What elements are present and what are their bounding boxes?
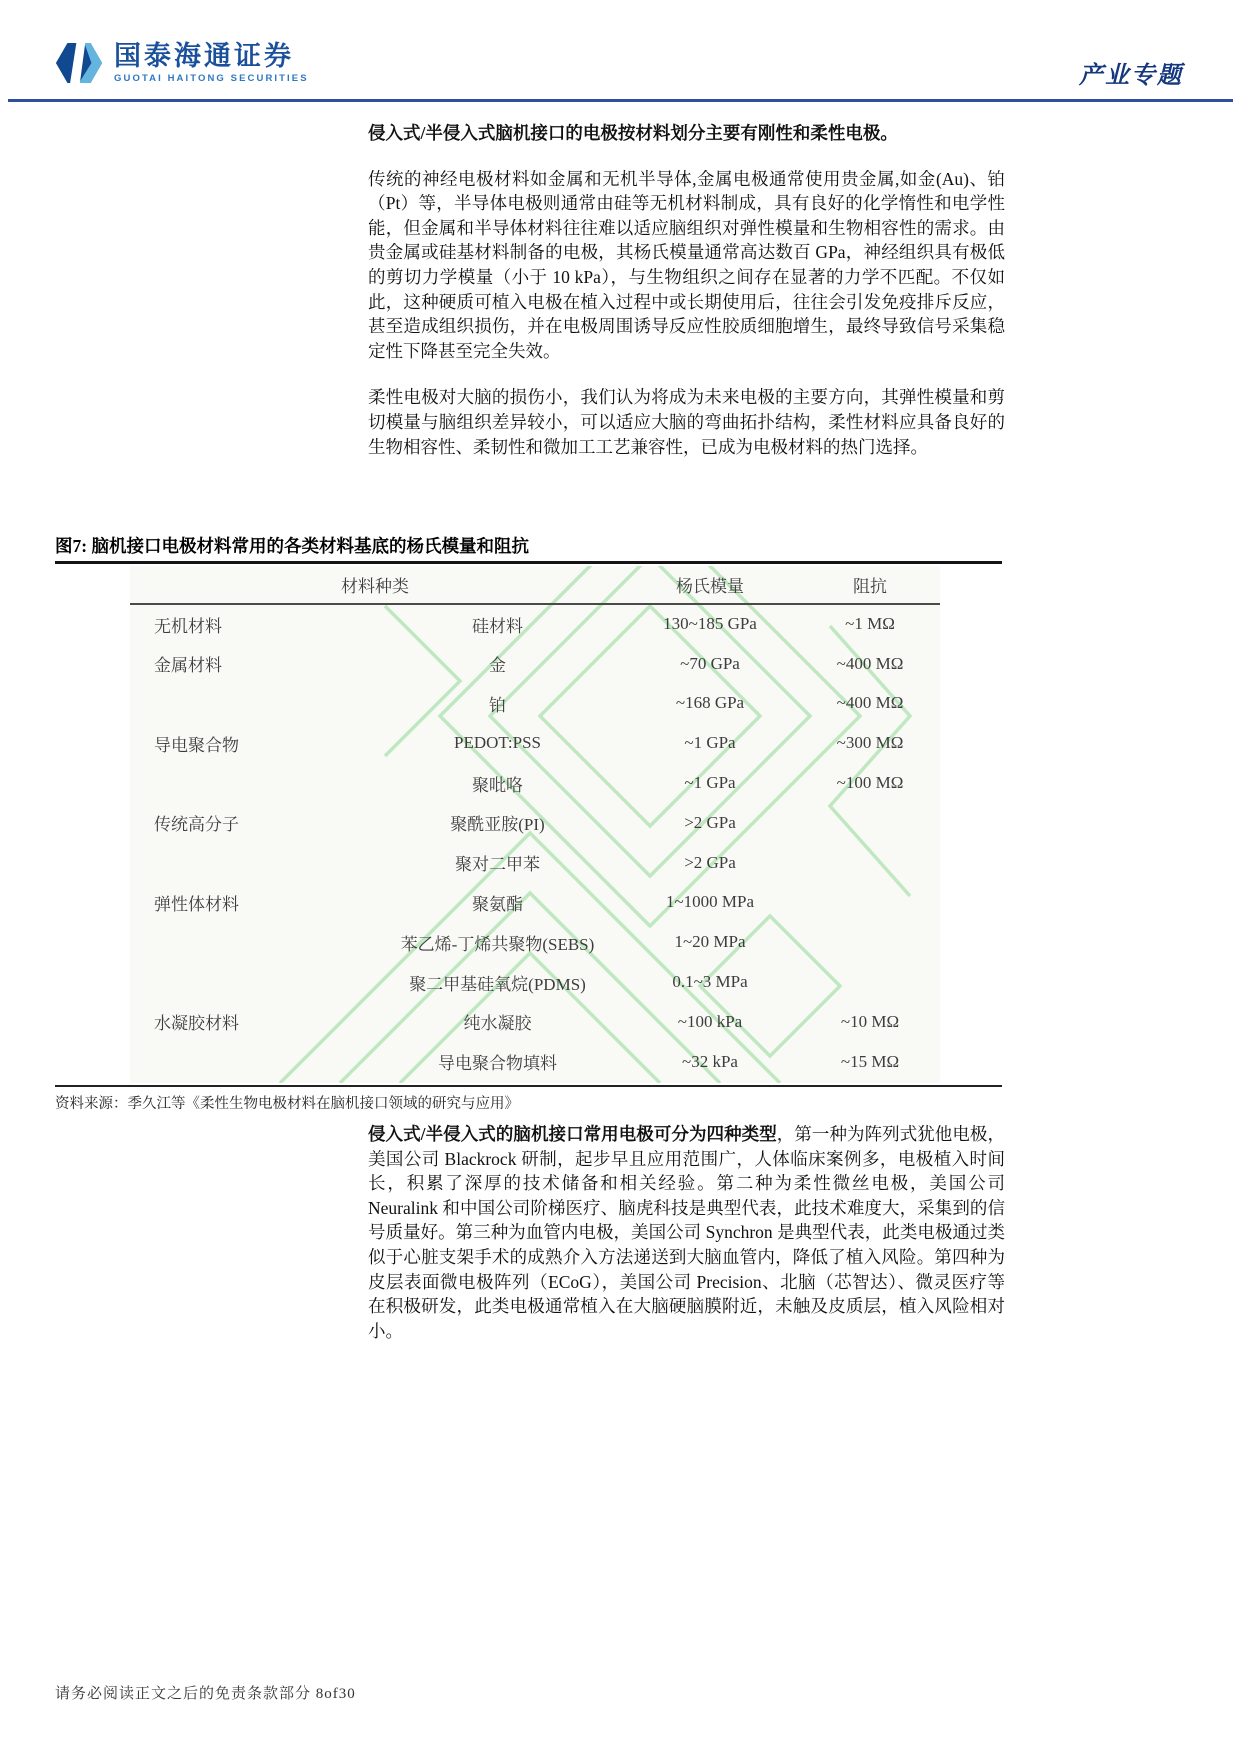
bold-heading: 侵入式/半侵入式脑机接口的电极按材料划分主要有刚性和柔性电极。 [368,121,1005,146]
table-cell: 导电聚合物填料 [375,1042,620,1082]
table-cell [800,962,940,1002]
table-cell: ~70 GPa [620,644,800,684]
body-text-column-2: 侵入式/半侵入式的脑机接口常用电极可分为四种类型，第一种为阵列式犹他电极，美国公… [368,1122,1005,1343]
table-cell: 聚氨酯 [375,883,620,923]
table-header-row: 材料种类 杨氏模量 阻抗 [130,566,940,604]
table-cell: 导电聚合物 [130,723,375,763]
brand-logo: 国泰海通证券 GUOTAI HAITONG SECURITIES [55,38,309,88]
table-cell: 聚酰亚胺(PI) [375,803,620,843]
table-cell: ~1 GPa [620,763,800,803]
table-row: 铂~168 GPa~400 MΩ [130,684,940,724]
table-cell: ~10 MΩ [800,1002,940,1042]
materials-table-body: 无机材料硅材料130~185 GPa~1 MΩ金属材料金~70 GPa~400 … [130,604,940,1082]
table-cell [130,962,375,1002]
table-cell: 聚二甲基硅氧烷(PDMS) [375,962,620,1002]
table-row: 金属材料金~70 GPa~400 MΩ [130,644,940,684]
table-cell [130,763,375,803]
paragraph-3: 侵入式/半侵入式的脑机接口常用电极可分为四种类型，第一种为阵列式犹他电极，美国公… [368,1122,1005,1343]
table-cell [800,803,940,843]
table-row: 水凝胶材料纯水凝胶~100 kPa~10 MΩ [130,1002,940,1042]
table-cell: ~1 GPa [620,723,800,763]
table-cell: 传统高分子 [130,803,375,843]
table-row: 聚对二甲苯>2 GPa [130,843,940,883]
materials-table: 材料种类 杨氏模量 阻抗 无机材料硅材料130~185 GPa~1 MΩ金属材料… [130,566,940,1082]
table-cell [130,843,375,883]
table-cell: ~400 MΩ [800,684,940,724]
table-cell: 130~185 GPa [620,604,800,644]
table-row: 传统高分子聚酰亚胺(PI)>2 GPa [130,803,940,843]
table-cell: 聚吡咯 [375,763,620,803]
table-cell: ~32 kPa [620,1042,800,1082]
paragraph-1: 传统的神经电极材料如金属和无机半导体,金属电极通常使用贵金属,如金(Au)、铂（… [368,167,1005,364]
table-cell: ~400 MΩ [800,644,940,684]
table-cell: 1~1000 MPa [620,883,800,923]
table-cell: ~15 MΩ [800,1042,940,1082]
table-row: 苯乙烯-丁烯共聚物(SEBS)1~20 MPa [130,922,940,962]
table-row: 无机材料硅材料130~185 GPa~1 MΩ [130,604,940,644]
table-cell: 弹性体材料 [130,883,375,923]
brand-name-en: GUOTAI HAITONG SECURITIES [114,74,309,84]
brand-name-cn: 国泰海通证券 [114,43,309,70]
table-cell [800,843,940,883]
table-cell: 0.1~3 MPa [620,962,800,1002]
table-cell: 硅材料 [375,604,620,644]
figure-title: 图7: 脑机接口电极材料常用的各类材料基底的杨氏模量和阻抗 [55,533,529,558]
table-cell [130,1042,375,1082]
column-header-impedance: 阻抗 [800,566,940,604]
table-cell: 聚对二甲苯 [375,843,620,883]
table-cell: PEDOT:PSS [375,723,620,763]
table-cell: ~300 MΩ [800,723,940,763]
paragraph-3-bold-lead: 侵入式/半侵入式的脑机接口常用电极可分为四种类型 [368,1124,777,1144]
table-cell [130,684,375,724]
table-cell [130,922,375,962]
footer-disclaimer: 请务必阅读正文之后的免责条款部分 [55,1686,311,1702]
report-page: 国泰海通证券 GUOTAI HAITONG SECURITIES 产业专题 侵入… [0,0,1241,1754]
table-cell: 苯乙烯-丁烯共聚物(SEBS) [375,922,620,962]
table-cell: 铂 [375,684,620,724]
table-cell: ~1 MΩ [800,604,940,644]
materials-table-header: 材料种类 杨氏模量 阻抗 [130,566,940,604]
figure-top-rule [55,561,1002,564]
report-type-label: 产业专题 [1079,55,1183,90]
brand-text: 国泰海通证券 GUOTAI HAITONG SECURITIES [114,43,309,84]
table-cell: >2 GPa [620,843,800,883]
table-cell: 无机材料 [130,604,375,644]
table-cell [800,922,940,962]
column-header-material-type: 材料种类 [130,566,620,604]
table-cell: ~100 MΩ [800,763,940,803]
table-cell [800,883,940,923]
paragraph-3-rest: ，第一种为阵列式犹他电极，美国公司 Blackrock 研制，起步早且应用范围广… [368,1124,1005,1341]
table-row: 弹性体材料聚氨酯1~1000 MPa [130,883,940,923]
table-cell: ~168 GPa [620,684,800,724]
table-cell: 水凝胶材料 [130,1002,375,1042]
table-row: 导电聚合物填料~32 kPa~15 MΩ [130,1042,940,1082]
table-cell: 纯水凝胶 [375,1002,620,1042]
figure-source: 资料来源：季久江等《柔性生物电极材料在脑机接口领域的研究与应用》 [55,1092,519,1113]
footer: 请务必阅读正文之后的免责条款部分 8of30 [55,1682,356,1703]
footer-page-number: 8of30 [316,1686,356,1702]
header-divider [8,99,1233,102]
table-cell: >2 GPa [620,803,800,843]
table-cell: 1~20 MPa [620,922,800,962]
column-header-youngs-modulus: 杨氏模量 [620,566,800,604]
table-row: 导电聚合物PEDOT:PSS~1 GPa~300 MΩ [130,723,940,763]
paragraph-2: 柔性电极对大脑的损伤小，我们认为将成为未来电极的主要方向，其弹性模量和剪切模量与… [368,385,1005,459]
table-cell: ~100 kPa [620,1002,800,1042]
figure-bottom-rule [55,1085,1002,1087]
body-text-column: 侵入式/半侵入式脑机接口的电极按材料划分主要有刚性和柔性电极。 传统的神经电极材… [368,121,1005,481]
materials-table-region: 材料种类 杨氏模量 阻抗 无机材料硅材料130~185 GPa~1 MΩ金属材料… [130,566,940,1083]
table-row: 聚二甲基硅氧烷(PDMS)0.1~3 MPa [130,962,940,1002]
table-row: 聚吡咯~1 GPa~100 MΩ [130,763,940,803]
brand-hexagon-icon [55,38,103,88]
table-cell: 金 [375,644,620,684]
table-cell: 金属材料 [130,644,375,684]
